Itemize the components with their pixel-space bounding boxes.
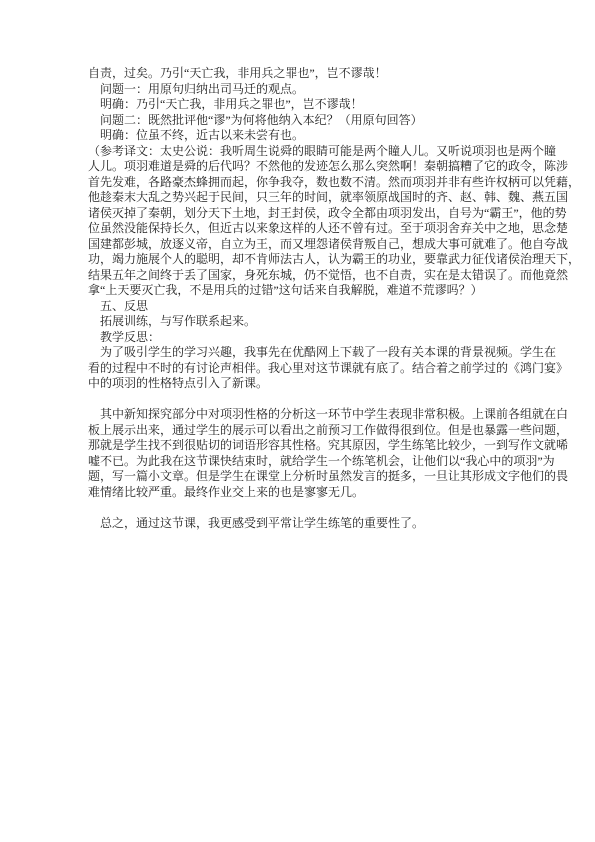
document-page: 自责，过矣。乃引“天亡我，非用兵之罪也”，岂不谬哉！问题一：用原句归纳出司马迁的… [0,0,595,842]
text-line: 教学反思： [88,330,512,346]
text-line: 看的过程中不时的有讨论声相伴。我心里对这节课就有底了。结合着之前学过的《鸿门宴》 [88,361,512,377]
text-line: 结果五年之间终于丢了国家，身死东城，仍不觉悟，也不自责，实在是太错误了。而他竟然 [88,268,512,284]
text-line: 明确：乃引“天亡我，非用兵之罪也”，岂不谬哉！ [88,97,512,113]
text-line: 国建都彭城，放逐义帝，自立为王，而又埋怨诸侯背叛自己，想成大事可就难了。他自夸战 [88,237,512,253]
text-line: 其中新知探究部分中对项羽性格的分析这一环节中学生表现非常积极。上课前各组就在白 [88,407,512,423]
text-line: 那就是学生找不到很贴切的词语形容其性格。究其原因，学生练笔比较少，一到写作文就唏 [88,438,512,454]
text-line: 自责，过矣。乃引“天亡我，非用兵之罪也”，岂不谬哉！ [88,66,512,82]
text-line: 位虽然没能保持长久，但近古以来象这样的人还不曾有过。至于项羽舍弃关中之地，思念楚 [88,221,512,237]
text-line: 五、反思 [88,299,512,315]
document-text-block: 自责，过矣。乃引“天亡我，非用兵之罪也”，岂不谬哉！问题一：用原句归纳出司马迁的… [88,66,512,531]
text-line: 他趁秦末大乱之势兴起于民间，只三年的时间，就率领原战国时的齐、赵、韩、魏、燕五国 [88,190,512,206]
text-line: 首先发难，各路豪杰蜂拥而起，你争我夺，数也数不清。然而项羽并非有些许权柄可以凭藉… [88,175,512,191]
text-line: 问题二：既然批评他“谬”为何将他纳入本纪？（用原句回答） [88,113,512,129]
text-line: 拓展训练，与写作联系起来。 [88,314,512,330]
text-line: 总之，通过这节课，我更感受到平常让学生练笔的重要性了。 [88,516,512,532]
text-line: 问题一：用原句归纳出司马迁的观点。 [88,82,512,98]
text-line: 中的项羽的性格特点引入了新课。 [88,376,512,392]
text-line [88,392,512,408]
text-line: 人儿。项羽难道是舜的后代吗？不然他的发迹怎么那么突然啊！秦朝搞糟了它的政令，陈涉 [88,159,512,175]
text-line: 拿“上天要灭亡我，不是用兵的过错”这句话来自我解脱，难道不荒谬吗？） [88,283,512,299]
text-line: 为了吸引学生的学习兴趣，我事先在优酷网上下载了一段有关本课的背景视频。学生在 [88,345,512,361]
text-line [88,500,512,516]
text-line: （参考译文：太史公说：我听周生说舜的眼睛可能是两个瞳人儿。又听说项羽也是两个瞳 [88,144,512,160]
text-line: 难情绪比较严重。最终作业交上来的也是寥寥无几。 [88,485,512,501]
text-line: 功，竭力施展个人的聪明，却不肯师法古人，认为霸王的功业，要靠武力征伐诸侯治理天下… [88,252,512,268]
text-line: 诸侯灭掉了秦朝，划分天下土地，封王封侯，政令全都由项羽发出，自号为“霸王”，他的… [88,206,512,222]
text-line: 板上展示出来，通过学生的展示可以看出之前预习工作做得很到位。但是也暴露一些问题， [88,423,512,439]
text-line: 嘘不已。为此我在这节课快结束时，就给学生一个练笔机会，让他们以“我心中的项羽”为 [88,454,512,470]
text-line: 题，写一篇小文章。但是学生在课堂上分析时虽然发言的挺多，一旦让其形成文字他们的畏 [88,469,512,485]
text-line: 明确：位虽不终，近古以来未尝有也。 [88,128,512,144]
